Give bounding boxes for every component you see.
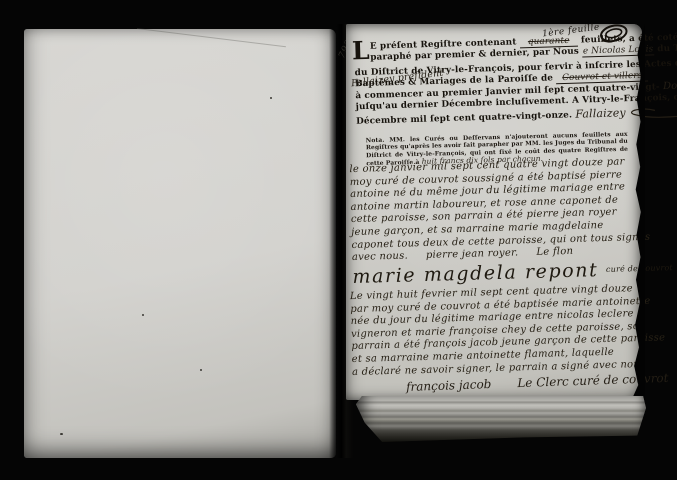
paper-speck bbox=[142, 314, 144, 316]
title-text: du Tribunal bbox=[657, 43, 677, 55]
hw-signature-judge: Fallaizey bbox=[575, 107, 626, 121]
paper-speck bbox=[270, 97, 272, 99]
hw-insert-year: Douze bbox=[663, 80, 677, 92]
scanned-register-spread: 792 1ère feuille L E préſent Regiſtre co… bbox=[0, 0, 677, 480]
witness-signature: pierre jean royer. bbox=[426, 248, 519, 263]
signature-flourish-icon bbox=[629, 103, 677, 120]
baptism-entry-1: le onze janvier mil sept cent quatre vin… bbox=[349, 156, 642, 288]
hw-insert-parish-name: Couvrot et villers bbox=[562, 71, 642, 83]
title-text: Décembre mil ſept cent quatre-vingt-onze… bbox=[356, 110, 572, 126]
paper-speck bbox=[200, 369, 202, 371]
left-page-blank bbox=[24, 29, 336, 458]
printed-title-block: L E préſent Regiſtre contenant quarante … bbox=[354, 34, 642, 128]
book-block-bottom-edges bbox=[356, 396, 646, 442]
godfather-signature: françois jacob bbox=[406, 377, 492, 394]
priest-signature: Le flon bbox=[536, 246, 573, 260]
right-page-register: 1ère feuille L E préſent Regiſtre conten… bbox=[346, 24, 642, 400]
paper-speck bbox=[60, 433, 63, 435]
entry-closing: avec nous. bbox=[352, 251, 408, 265]
hw-insert-folio-count: quarante bbox=[528, 36, 570, 47]
baptism-entry-2: Le vingt huit fevrier mil sept cent quat… bbox=[350, 283, 642, 379]
